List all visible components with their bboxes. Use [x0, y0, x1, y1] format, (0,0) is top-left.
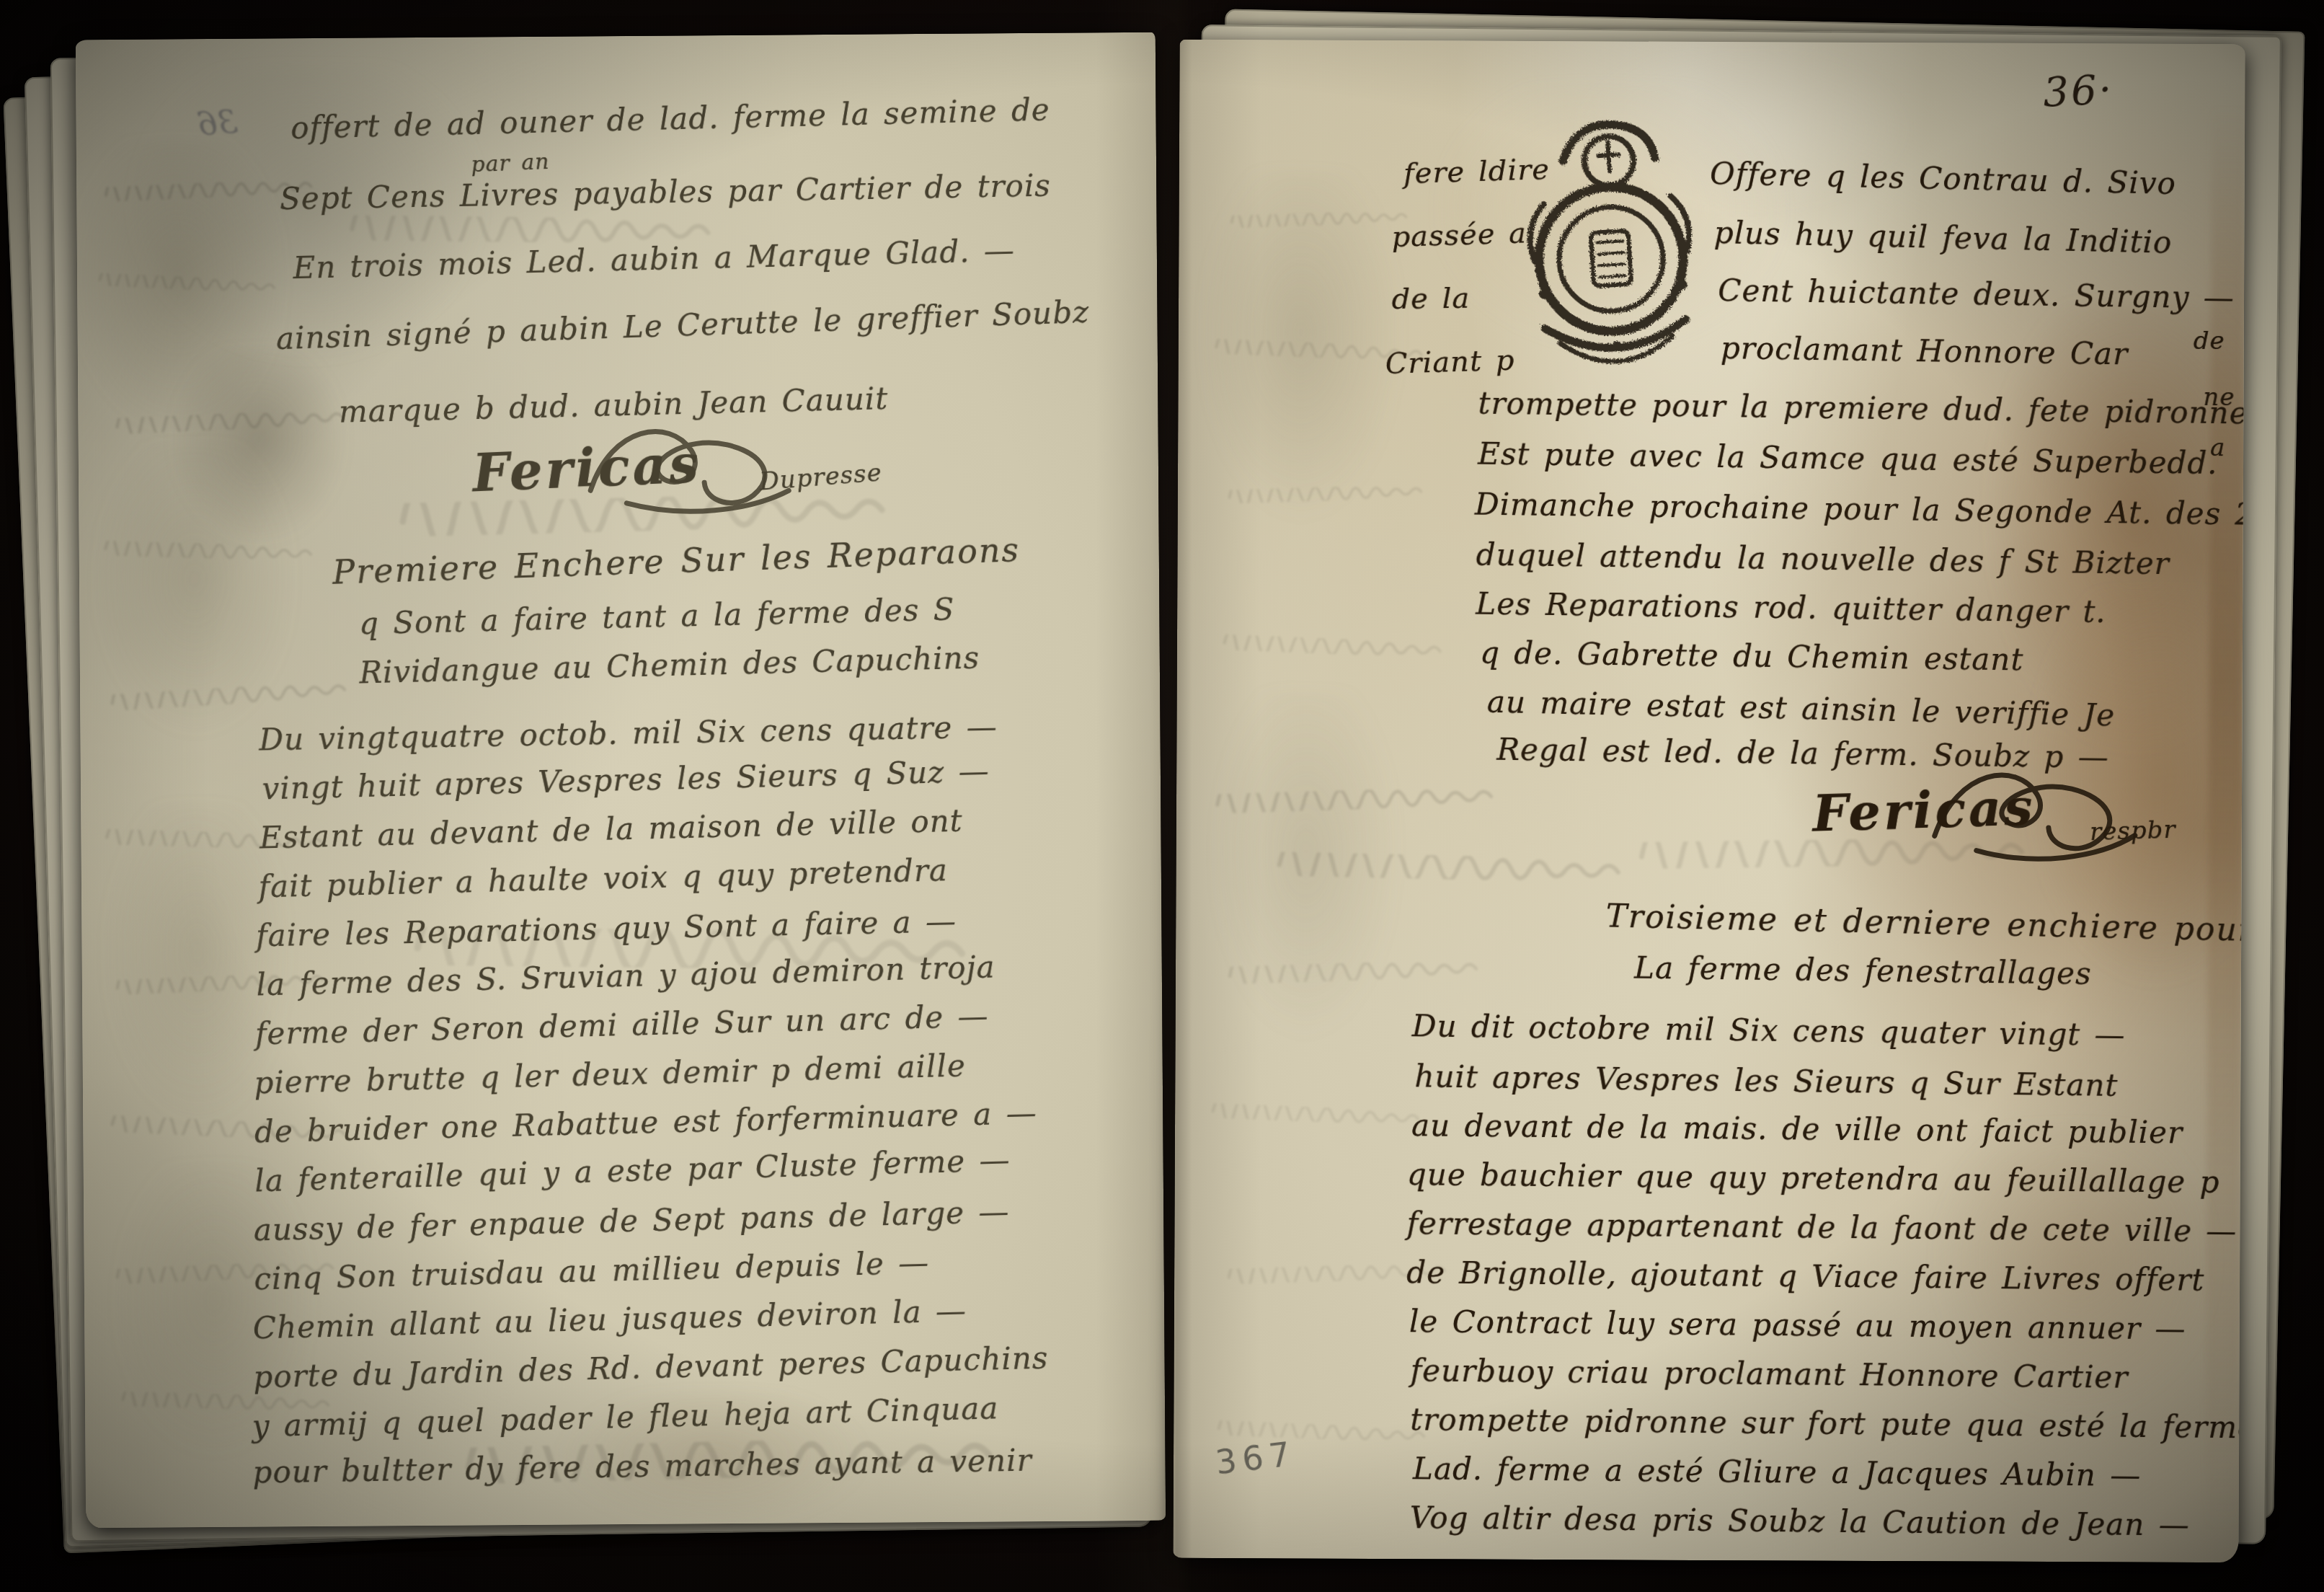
- section-heading-line: Premiere Enchere Sur les Reparaons: [332, 530, 1020, 592]
- ink-showthrough: [1213, 634, 1445, 658]
- manuscript-line: Cent huictante deux. Surgny —: [1718, 273, 2235, 316]
- manuscript-line: Estant au devant de la maison de ville o…: [260, 803, 964, 856]
- manuscript-line: huit apres Vespres les Sieurs q Sur Esta…: [1414, 1058, 2119, 1103]
- manuscript-line: de: [2194, 327, 2225, 355]
- manuscript-line: fait publier a haulte voix q quy pretend…: [258, 852, 949, 904]
- manuscript-line: vingt huit apres Vespres les Sieurs q Su…: [262, 753, 990, 807]
- manuscript-line: de bruider one Rabattue est forferminuar…: [254, 1095, 1037, 1150]
- signature-line: Fericas: [471, 433, 703, 503]
- ink-showthrough: [1204, 1103, 1421, 1126]
- manuscript-line: Dimanche prochaine pour la Segonde At. d…: [1475, 487, 2245, 532]
- ink-showthrough: [1205, 786, 1494, 814]
- manuscript-line: Du vingtquatre octob. mil Six cens quatr…: [259, 709, 998, 758]
- manuscript-line: Rividangue au Chemin des Capuchins: [359, 640, 980, 691]
- manuscript-line: Du dit octobre mil Six cens quater vingt…: [1412, 1008, 2126, 1053]
- manuscript-line: ferrestage appartenant de la faont de ce…: [1406, 1206, 2237, 1249]
- manuscript-line: Regal est led. de la ferm. Soubz p —: [1496, 732, 2109, 775]
- manuscript-line: y armij q quel pader le fleu heja art Ci…: [252, 1390, 999, 1443]
- notary-seal-stamp-icon: [1512, 107, 1709, 376]
- manuscript-line: de Brignolle, ajoutant q Viace faire Liv…: [1406, 1255, 2205, 1298]
- manuscript-line: Chemin allant au lieu jusques deviron la…: [252, 1293, 967, 1345]
- manuscript-line: La ferme des fenestrallages: [1634, 950, 2092, 991]
- manuscript-line: q de. Gabrette du Chemin estant: [1480, 635, 2024, 678]
- ink-showthrough: [107, 409, 345, 435]
- manuscript-line: de la: [1391, 282, 1470, 316]
- manuscript-line: proclamant Honnore Car: [1721, 330, 2129, 371]
- manuscript-line: plus huy quil feva la Inditio: [1713, 215, 2172, 260]
- manuscript-line: Offere q les Contrau d. Sivo: [1710, 156, 2177, 201]
- manuscript-line: Criant p: [1385, 344, 1515, 381]
- manuscript-line: ainsin signé p aubin Le Cerutte le greff…: [275, 294, 1090, 356]
- manuscript-line: q Sont a faire tant a la ferme des S: [358, 591, 955, 641]
- pencil-foliation: 367: [1213, 1434, 1298, 1482]
- manuscript-line: que bauchier que quy pretendra au feuill…: [1407, 1157, 2220, 1200]
- ink-showthrough: [90, 273, 278, 293]
- manuscript-line: passée a: [1391, 216, 1527, 254]
- ink-showthrough: [1222, 211, 1409, 229]
- manuscript-line: Les Reparations rod. quitter danger t.: [1476, 586, 2106, 629]
- manuscript-line: fere ldire: [1403, 153, 1550, 190]
- manuscript-line: ferme der Seron demi aille Sur un arc de…: [254, 999, 989, 1052]
- left-page: 36 offert de ad ouner de lad. ferme la s…: [76, 32, 1166, 1528]
- manuscript-line: porte du Jardin des Rd. devant peres Cap…: [253, 1340, 1049, 1395]
- ink-showthrough: [97, 541, 313, 561]
- manuscript-line: feurbuoy criau proclamant Honnore Cartie…: [1410, 1353, 2128, 1395]
- manuscript-line: Sept Cens Livres payables par Cartier de…: [280, 168, 1052, 217]
- manuscript-line: offert de ad ouner de lad. ferme la semi…: [290, 92, 1051, 146]
- manuscript-line: ne: [2203, 383, 2235, 412]
- manuscript-line: par an: [471, 149, 551, 178]
- ink-showthrough: [336, 215, 711, 244]
- manuscript-line: a: [2210, 433, 2225, 462]
- section-heading-line: Troisieme et derniere enchiere pour: [1605, 898, 2245, 949]
- manuscript-line: pour bultter dy fere des marches ayant a…: [252, 1443, 1032, 1490]
- folio-number: 36·: [2042, 66, 2115, 117]
- ink-showthrough: [102, 681, 347, 712]
- right-page: 36· 367 fere ldirepassée ade laCriant: [1173, 40, 2245, 1562]
- ink-showthrough: [1262, 852, 1623, 883]
- manuscript-line: duquel attendu la nouvelle des f St Bizt…: [1476, 537, 2170, 582]
- manuscript-line: trompette pidronne sur fort pute qua est…: [1410, 1402, 2245, 1445]
- manuscript-line: au maire estat est ainsin le veriffie Je: [1486, 684, 2115, 733]
- manuscript-line: respbr: [2090, 815, 2177, 847]
- manuscript-line: Lad. ferme a esté Gliure a Jacques Aubin…: [1413, 1451, 2142, 1493]
- fore-edge-grime: [2205, 44, 2245, 1562]
- manuscript-line: Est pute avec la Samce qua esté Superbed…: [1478, 436, 2218, 481]
- manuscript-line: cinq Son truisdau au millieu depuis le —: [254, 1245, 930, 1297]
- manuscript-line: la fenteraille qui y a este par Cluste f…: [254, 1142, 1011, 1198]
- ink-showthrough: [1219, 959, 1479, 984]
- signature-line: Fericas: [1811, 777, 2036, 843]
- manuscript-line: marque b dud. aubin Jean Cauuit: [338, 381, 888, 430]
- paper-stain: [164, 348, 353, 552]
- manuscript-line: le Contract luy sera passé au moyen annu…: [1409, 1304, 2186, 1346]
- manuscript-line: pierre brutte q ler deux demir p demi ai…: [254, 1048, 966, 1100]
- manuscript-line: au devant de la mais. de ville ont faict…: [1411, 1107, 2183, 1150]
- manuscript-line: aussy de fer enpaue de Sept pans de larg…: [253, 1194, 1010, 1248]
- photographed-manuscript-spread: 36 offert de ad ouner de lad. ferme la s…: [0, 0, 2324, 1592]
- ink-showthrough: [1221, 484, 1423, 504]
- manuscript-line: trompette pour la premiere dud. fete pid…: [1478, 386, 2245, 431]
- manuscript-line: Vog altir desa pris Soubz la Caution de …: [1410, 1500, 2190, 1542]
- folio-number-showthrough: 36: [196, 104, 239, 143]
